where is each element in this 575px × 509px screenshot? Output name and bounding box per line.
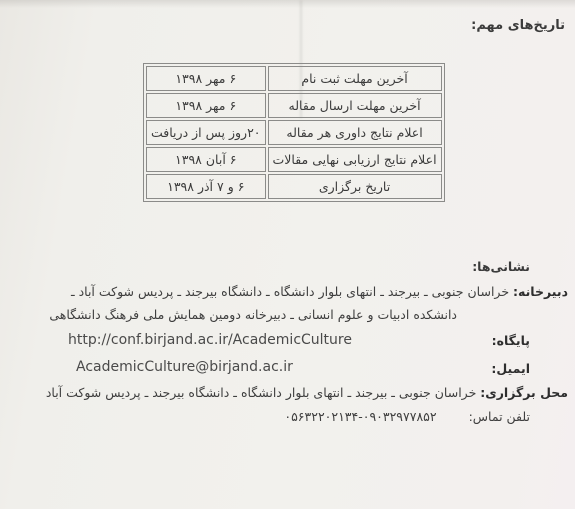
table-row: آخرین مهلت ثبت نام ۶ مهر ۱۳۹۸ [146, 66, 442, 91]
email-address: AcademicCulture@birjand.ac.ir [76, 359, 293, 375]
phone-line: تلفن تماس: ۰۵۶۳۲۲۰۲۱۳۴-۰۹۰۳۲۹۷۷۸۵۲ [280, 409, 530, 424]
phone-numbers: ۰۵۶۳۲۲۰۲۱۳۴-۰۹۰۳۲۹۷۷۸۵۲ [284, 409, 436, 424]
deadline-label: اعلام نتایج داوری هر مقاله [268, 120, 442, 145]
table-row: تاریخ برگزاری ۶ و ۷ آذر ۱۳۹۸ [146, 174, 442, 199]
secretariat-label: دبیرخانه: [513, 284, 568, 299]
secretariat-address-line1: دبیرخانه: خراسان جنوبی ـ بیرجند ـ انتهای… [71, 284, 568, 299]
venue-line: محل برگزاری: خراسان جنوبی ـ بیرجند ـ انت… [46, 385, 568, 400]
phone-label: تلفن تماس: [469, 409, 530, 424]
deadline-value: ۶ آبان ۱۳۹۸ [146, 147, 266, 172]
deadline-label: آخرین مهلت ثبت نام [268, 66, 442, 91]
email-label: ایمیل: [491, 361, 530, 376]
addresses-heading: نشانی‌ها: [472, 259, 530, 274]
scan-edge-shadow [0, 0, 575, 8]
secretariat-text: خراسان جنوبی ـ بیرجند ـ انتهای بلوار دان… [71, 284, 509, 299]
deadline-value: ۶ و ۷ آذر ۱۳۹۸ [146, 174, 266, 199]
important-dates-heading: تاریخ‌های مهم: [471, 18, 565, 33]
website-url: http://conf.birjand.ac.ir/AcademicCultur… [68, 332, 352, 348]
scanned-page: تاریخ‌های مهم: آخرین مهلت ثبت نام ۶ مهر … [0, 0, 575, 509]
deadline-value: ۶ مهر ۱۳۹۸ [146, 66, 266, 91]
deadline-label: اعلام نتایج ارزیابی نهایی مقالات [268, 147, 442, 172]
venue-text: خراسان جنوبی ـ بیرجند ـ انتهای بلوار دان… [46, 385, 476, 400]
deadline-label: آخرین مهلت ارسال مقاله [268, 93, 442, 118]
secretariat-address-line2: دانشکده ادبیات و علوم انسانی ـ دبیرخانه … [49, 307, 457, 322]
deadline-label: تاریخ برگزاری [268, 174, 442, 199]
venue-label: محل برگزاری: [480, 385, 568, 400]
table-row: اعلام نتایج ارزیابی نهایی مقالات ۶ آبان … [146, 147, 442, 172]
table-row: آخرین مهلت ارسال مقاله ۶ مهر ۱۳۹۸ [146, 93, 442, 118]
website-label: پایگاه: [492, 333, 530, 348]
table-row: اعلام نتایج داوری هر مقاله ۲۰روز پس از د… [146, 120, 442, 145]
deadline-value: ۲۰روز پس از دریافت [146, 120, 266, 145]
important-dates-table: آخرین مهلت ثبت نام ۶ مهر ۱۳۹۸ آخرین مهلت… [143, 63, 445, 202]
deadline-value: ۶ مهر ۱۳۹۸ [146, 93, 266, 118]
